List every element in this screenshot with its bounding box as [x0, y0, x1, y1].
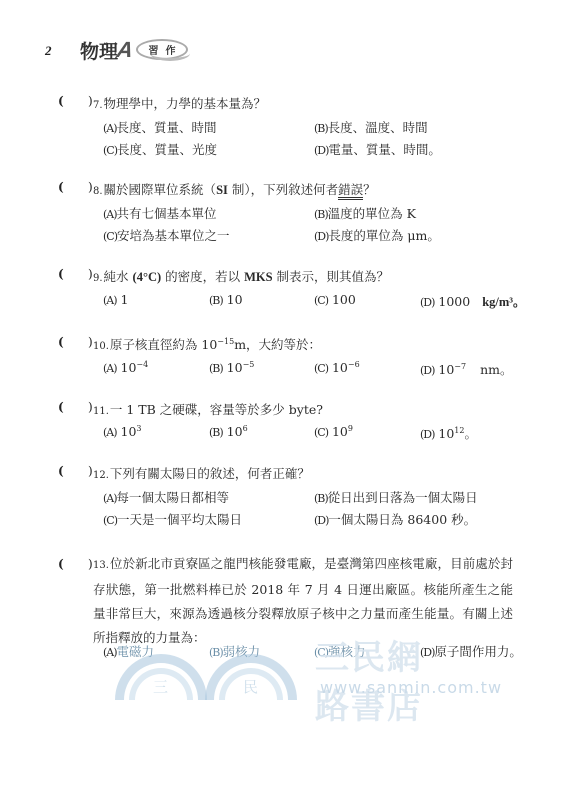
option-d[interactable]: (D)原子間作用力。	[420, 642, 522, 660]
option-label: (D)	[314, 230, 328, 243]
option-unit: kg/m³。	[482, 295, 525, 309]
option-b[interactable]: (B)弱核力	[209, 642, 260, 660]
watermark-arc-icon	[219, 668, 283, 700]
badge-char-2: 作	[166, 42, 176, 57]
option-label: (A)	[103, 646, 117, 659]
option-a[interactable]: (A) 1	[103, 292, 128, 307]
option-label: (D)	[314, 514, 328, 527]
option-b[interactable]: (B)長度、溫度、時間	[314, 118, 428, 136]
option-text: 一個太陽日為 86400 秒。	[328, 512, 476, 527]
option-label: (A)	[103, 362, 117, 375]
option-suffix: 。	[464, 426, 477, 441]
answer-blank-close: )	[88, 335, 93, 349]
question-stem: 7.物理學中，力學的基本量為？	[93, 94, 266, 112]
stem-text: 關於國際單位系統（	[104, 182, 217, 197]
option-unit: nm。	[480, 362, 512, 377]
stem-text: 一 1 TB 之硬碟，容量等於多少 byte?	[110, 402, 323, 417]
stem-exponent: −15	[217, 337, 234, 346]
option-c[interactable]: (C) 109	[314, 424, 353, 439]
question-number: 7.	[93, 100, 103, 111]
option-b[interactable]: (B) 106	[209, 424, 248, 439]
option-a[interactable]: (A)共有七個基本單位	[103, 204, 217, 222]
stem-text: 純水	[104, 269, 133, 284]
page-number: 2	[45, 43, 52, 59]
option-base: 10	[328, 424, 348, 439]
question-number: 11.	[93, 406, 109, 417]
option-label: (C)	[103, 144, 117, 157]
option-label: (B)	[314, 208, 328, 221]
option-d[interactable]: (D)長度的單位為 μm。	[314, 226, 440, 244]
stem-text: 位於新北市貢寮區之龍門核能發電廠，是臺灣第四座核電廠，目前處於封存狀態，第一批燃…	[93, 556, 513, 645]
question-number: 8.	[93, 186, 103, 197]
option-b[interactable]: (B) 10−5	[209, 360, 254, 375]
watermark-url: www.sanmin.com.tw	[320, 678, 502, 697]
option-base: 10	[223, 424, 243, 439]
option-text: 1	[117, 292, 129, 307]
option-text: 原子間作用力。	[434, 644, 522, 659]
question-stem: 8.關於國際單位系統（SI 制），下列敘述何者錯誤？	[93, 180, 376, 198]
option-label: (A)	[103, 294, 117, 307]
watermark-char: 民	[243, 676, 258, 697]
stem-text: 的密度，若以	[161, 269, 244, 284]
option-d[interactable]: (D) 1012。	[420, 424, 477, 442]
option-d[interactable]: (D) 10−7nm。	[420, 360, 513, 378]
option-label: (B)	[209, 646, 223, 659]
stem-text: 下列有關太陽日的敘述，何者正確？	[110, 466, 310, 481]
option-exponent: 9	[348, 424, 353, 433]
option-label: (D)	[420, 296, 434, 309]
option-label: (D)	[420, 364, 434, 377]
option-exponent: −4	[136, 360, 148, 369]
option-text: 共有七個基本單位	[117, 206, 217, 221]
option-d[interactable]: (D)電量、質量、時間。	[314, 140, 441, 158]
option-text: 一天是一個平均太陽日	[117, 512, 242, 527]
option-text: 長度、質量、時間	[117, 120, 217, 135]
option-text: 從日出到日落為一個太陽日	[328, 490, 478, 505]
option-exponent: 6	[243, 424, 248, 433]
answer-blank-close: )	[88, 557, 93, 571]
option-text: 100	[328, 292, 356, 307]
page-header: 2 物理 A 習 作	[0, 36, 585, 66]
option-label: (C)	[103, 230, 117, 243]
option-c[interactable]: (C)一天是一個平均太陽日	[103, 510, 242, 528]
option-exponent: −6	[348, 360, 360, 369]
option-a[interactable]: (A)每一個太陽日都相等	[103, 488, 229, 506]
option-label: (A)	[103, 426, 117, 439]
option-c[interactable]: (C)強核力	[314, 642, 366, 660]
option-text: 10	[223, 292, 243, 307]
answer-blank-open[interactable]: (	[58, 180, 64, 194]
option-label: (A)	[103, 122, 117, 135]
stem-text: ？	[363, 182, 376, 197]
answer-blank-open[interactable]: (	[58, 557, 64, 571]
option-text: 強核力	[328, 644, 366, 659]
badge-char-1: 習	[149, 42, 159, 57]
watermark-arc-icon	[205, 654, 297, 700]
option-label: (B)	[314, 122, 328, 135]
option-label: (B)	[209, 362, 223, 375]
exercise-badge: 習 作	[136, 39, 188, 60]
stem-text: 制），下列敘述何者	[228, 182, 338, 197]
option-label: (C)	[103, 514, 117, 527]
question-stem: 10.原子核直徑約為 10−15m，大約等於：	[93, 335, 321, 353]
option-text: 電量、質量、時間。	[328, 142, 441, 157]
option-base: 10	[223, 360, 243, 375]
option-text: 溫度的單位為 K	[328, 206, 416, 221]
stem-bold: SI	[216, 183, 228, 197]
option-label: (C)	[314, 362, 328, 375]
watermark-arc-icon	[129, 668, 193, 700]
option-a[interactable]: (A) 103	[103, 424, 142, 439]
option-exponent: −7	[454, 362, 466, 371]
answer-blank-close: )	[88, 180, 93, 194]
option-label: (D)	[420, 428, 434, 441]
option-label: (C)	[314, 426, 328, 439]
option-a[interactable]: (A) 10−4	[103, 360, 148, 375]
answer-blank-open[interactable]: (	[58, 464, 64, 478]
question-number: 12.	[93, 470, 109, 481]
stem-text: 物理學中，力學的基本量為？	[104, 96, 267, 111]
question-stem: 9.純水 (4°C) 的密度，若以 MKS 制表示，則其值為？	[93, 267, 389, 285]
option-label: (B)	[209, 426, 223, 439]
option-text: 1000	[434, 294, 470, 309]
option-exponent: −5	[243, 360, 255, 369]
option-exponent: 3	[136, 424, 141, 433]
logo-letter-a: A	[115, 37, 135, 63]
option-label: (B)	[314, 492, 328, 505]
option-label: (D)	[314, 144, 328, 157]
watermark-char: 三	[153, 676, 168, 697]
stem-text: 制表示，則其值為？	[273, 269, 389, 284]
option-base: 10	[434, 426, 454, 441]
answer-blank-close: )	[88, 94, 93, 108]
option-label: (A)	[103, 492, 117, 505]
option-label: (D)	[420, 646, 434, 659]
question-stem: 13.位於新北市貢寮區之龍門核能發電廠，是臺灣第四座核電廠，目前處於封存狀態，第…	[93, 552, 513, 650]
option-d[interactable]: (D)一個太陽日為 86400 秒。	[314, 510, 476, 528]
option-text: 安培為基本單位之一	[117, 228, 230, 243]
option-c[interactable]: (C) 10−6	[314, 360, 360, 375]
option-c[interactable]: (C)安培為基本單位之一	[103, 226, 230, 244]
answer-blank-open[interactable]: (	[58, 267, 64, 281]
question-stem: 12.下列有關太陽日的敘述，何者正確？	[93, 464, 310, 482]
option-base: 10	[328, 360, 348, 375]
option-text: 長度、質量、光度	[117, 142, 217, 157]
option-label: (A)	[103, 208, 117, 221]
question-stem: 11.一 1 TB 之硬碟，容量等於多少 byte?	[93, 400, 323, 418]
option-text: 長度的單位為 μm。	[328, 228, 439, 243]
stem-bold: MKS	[244, 270, 272, 284]
option-label: (B)	[209, 294, 223, 307]
answer-blank-open[interactable]: (	[58, 400, 64, 414]
option-label: (C)	[314, 294, 328, 307]
stem-bold: (4°C)	[133, 270, 162, 284]
stem-emphasis: 錯誤	[338, 182, 363, 200]
option-b[interactable]: (B) 10	[209, 292, 243, 307]
option-base: 10	[434, 362, 454, 377]
answer-blank-open[interactable]: (	[58, 94, 64, 108]
watermark-arc-icon	[115, 654, 207, 700]
option-c[interactable]: (C) 100	[314, 292, 356, 307]
option-text: 電磁力	[117, 644, 155, 659]
stem-text: m，大約等於：	[234, 337, 321, 352]
answer-blank-close: )	[88, 267, 93, 281]
option-c[interactable]: (C)長度、質量、光度	[103, 140, 217, 158]
question-number: 10.	[93, 341, 109, 352]
option-text: 長度、溫度、時間	[328, 120, 428, 135]
book-title: 物理	[80, 37, 118, 64]
option-b[interactable]: (B)從日出到日落為一個太陽日	[314, 488, 478, 506]
option-a[interactable]: (A)長度、質量、時間	[103, 118, 217, 136]
answer-blank-open[interactable]: (	[58, 335, 64, 349]
option-base: 10	[117, 424, 137, 439]
option-exponent: 12	[454, 426, 464, 435]
option-d[interactable]: (D) 1000kg/m³。	[420, 292, 526, 310]
option-b[interactable]: (B)溫度的單位為 K	[314, 204, 416, 222]
option-label: (C)	[314, 646, 328, 659]
option-a[interactable]: (A)電磁力	[103, 642, 154, 660]
question-number: 9.	[93, 273, 103, 284]
option-text: 弱核力	[223, 644, 261, 659]
stem-text: 原子核直徑約為 10	[110, 337, 217, 352]
option-base: 10	[117, 360, 137, 375]
answer-blank-close: )	[88, 400, 93, 414]
question-number: 13.	[93, 560, 109, 571]
option-text: 每一個太陽日都相等	[117, 490, 230, 505]
answer-blank-close: )	[88, 464, 93, 478]
